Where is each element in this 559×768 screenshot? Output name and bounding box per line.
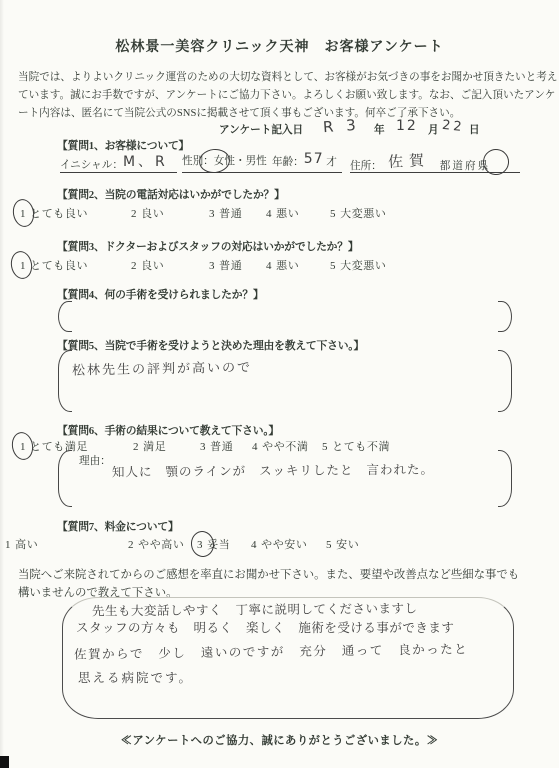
q1-initial-label: イニシャル： [60,160,123,171]
feedback-comment-line-2: スタッフの方々も 明るく 楽しく 施術を受ける事ができます [76,618,454,636]
scan-corner-mark [0,756,9,768]
q4-right-bracket [498,301,512,332]
q7-option-5: 5安い [326,536,359,552]
q1-address-prefix: 都道府 [440,161,478,172]
q3-option-2: 2良い [131,257,164,273]
q3-option-4: 4悪い [266,257,299,273]
q3-option-5: 5大変悪い [330,257,387,273]
q2-option-5: 5大変悪い [330,205,387,221]
page-title: 松林景一美容クリニック天神 お客様アンケート [0,36,559,56]
date-era-handwritten: R 3 [322,116,360,137]
q5-left-bracket [58,350,72,412]
q1-age-label: 年齢： [272,157,304,168]
q6-reason-box: 理由： 知人に 顎のラインが スッキリしたと 言われた。 [58,450,512,507]
feedback-comment-line-1: 先生も大変話しやすく 丁寧に説明してくださいますし [92,599,418,620]
date-label: アンケート記入日 [219,122,303,137]
q6-reason-handwritten: 知人に 顎のラインが スッキリしたと 言われた。 [112,460,434,481]
q6-selection-circle [10,430,36,461]
survey-scan-page: 松林景一美容クリニック天神 お客様アンケート 当院では、よりよいクリニック運営の… [0,0,559,768]
q5-right-bracket [498,350,512,412]
q1-age-unit: 才 [326,157,337,168]
q2-selection-circle [11,197,37,228]
date-day-handwritten: 22 [441,118,465,135]
feedback-prompt-line-1: 当院へご来院されてからのご感想を率直にお聞かせ下さい。また、要望や改善点など些細… [18,566,519,582]
feedback-comment-line-4: 思える病院です。 [78,668,193,686]
intro-line-3: ート内容は、匿名にて当院公式のSNSに掲載させて頂く事もございます。何卒ご了承下… [18,105,460,120]
q1-address-handwritten: 佐賀 [387,149,430,172]
q3-selection-circle [9,249,35,280]
q3-heading: 【質問3、ドクターおよびスタッフの対応はいかがでしたか？】 [57,239,358,254]
q1-initial-handwritten: M、R [123,154,168,170]
q6-left-bracket [58,450,72,507]
q1-gender-separator: ・ [235,156,246,167]
q6-right-bracket [498,450,512,507]
q6-reason-label: 理由： [79,453,111,468]
q6-heading: 【質問6、手術の結果について教えて下さい。】 [57,423,279,438]
q7-selection-circle [189,530,215,559]
q1-initial-field: イニシャル：M、R [60,153,177,173]
footer-thanks: ≪アンケートへのご協力、誠にありがとうございました。≫ [0,732,559,748]
q2-option-3: 3普通 [209,205,242,221]
q4-left-bracket [58,301,72,332]
q7-heading: 【質問7、料金について】 [57,519,179,534]
date-month-handwritten: 12 [396,118,418,134]
q3-option-3: 3普通 [209,257,242,273]
q1-address-label: 住所： [350,161,382,172]
q2-option-4: 4悪い [266,205,299,221]
intro-line-2: ています。誠にお手数ですが、アンケートにご協力下さい。よろしくお願い致します。な… [18,87,555,102]
q5-answer-handwritten: 松林先生の評判が高いので [72,356,252,378]
q2-heading: 【質問2、当院の電話対応はいかがでしたか？】 [57,187,285,202]
intro-line-1: 当院では、よりよいクリニック運営のための大切な資料として、お客様がお気づきの事を… [18,69,557,84]
q7-option-1: 1高い [5,536,38,552]
q1-gender-option-male: 男性 [246,156,267,167]
q1-age-field: 年齢：57 才 [272,153,342,173]
q4-answer-box [58,301,512,332]
q1-age-handwritten: 57 [304,151,324,167]
q1-heading: 【質問1、お客様について】 [57,138,189,153]
q7-option-2: 2やや高い [128,536,185,552]
date-day-label: 日 [469,122,480,137]
q4-heading: 【質問4、何の手術を受けられましたか？】 [57,287,264,302]
q7-option-4: 4やや安い [251,536,308,552]
date-month-label: 月 [428,122,439,137]
date-year-label: 年 [374,122,385,137]
q2-option-2: 2良い [131,205,164,221]
scan-edge-shadow [0,0,4,768]
q5-answer-box: 松林先生の評判が高いので [58,350,512,412]
